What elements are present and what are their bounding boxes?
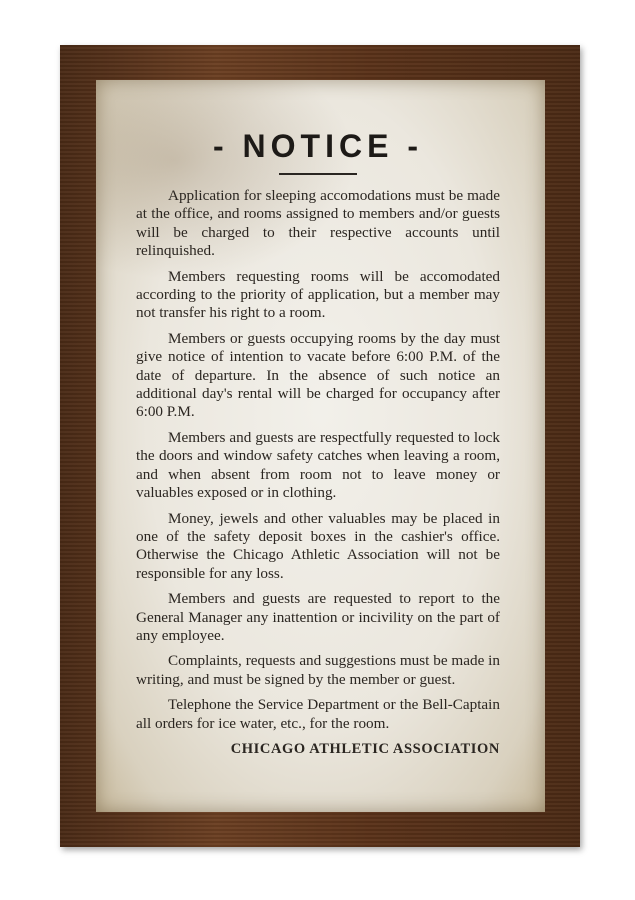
notice-paper: - NOTICE - Application for sleeping acco… bbox=[96, 80, 545, 812]
paragraph-complaints: Complaints, requests and suggestions mus… bbox=[136, 652, 500, 689]
paragraph-valuables: Money, jewels and other valuables may be… bbox=[136, 510, 500, 584]
paragraph-report: Members and guests are requested to repo… bbox=[136, 590, 500, 645]
wooden-picture-frame: - NOTICE - Application for sleeping acco… bbox=[60, 45, 580, 847]
paragraph-lock-doors: Members and guests are respectfully re­q… bbox=[136, 429, 500, 503]
signature: CHICAGO ATHLETIC ASSOCIATION bbox=[136, 741, 500, 758]
paragraph-telephone: Telephone the Service Department or the … bbox=[136, 696, 500, 733]
notice-content: - NOTICE - Application for sleeping acco… bbox=[136, 128, 500, 758]
paragraph-priority: Members requesting rooms will be accomo­… bbox=[136, 268, 500, 323]
notice-title: - NOTICE - bbox=[136, 128, 500, 165]
title-underline bbox=[279, 173, 357, 175]
paragraph-vacate: Members or guests occupying rooms by the… bbox=[136, 330, 500, 422]
paragraph-application: Application for sleeping accomodations m… bbox=[136, 187, 500, 261]
